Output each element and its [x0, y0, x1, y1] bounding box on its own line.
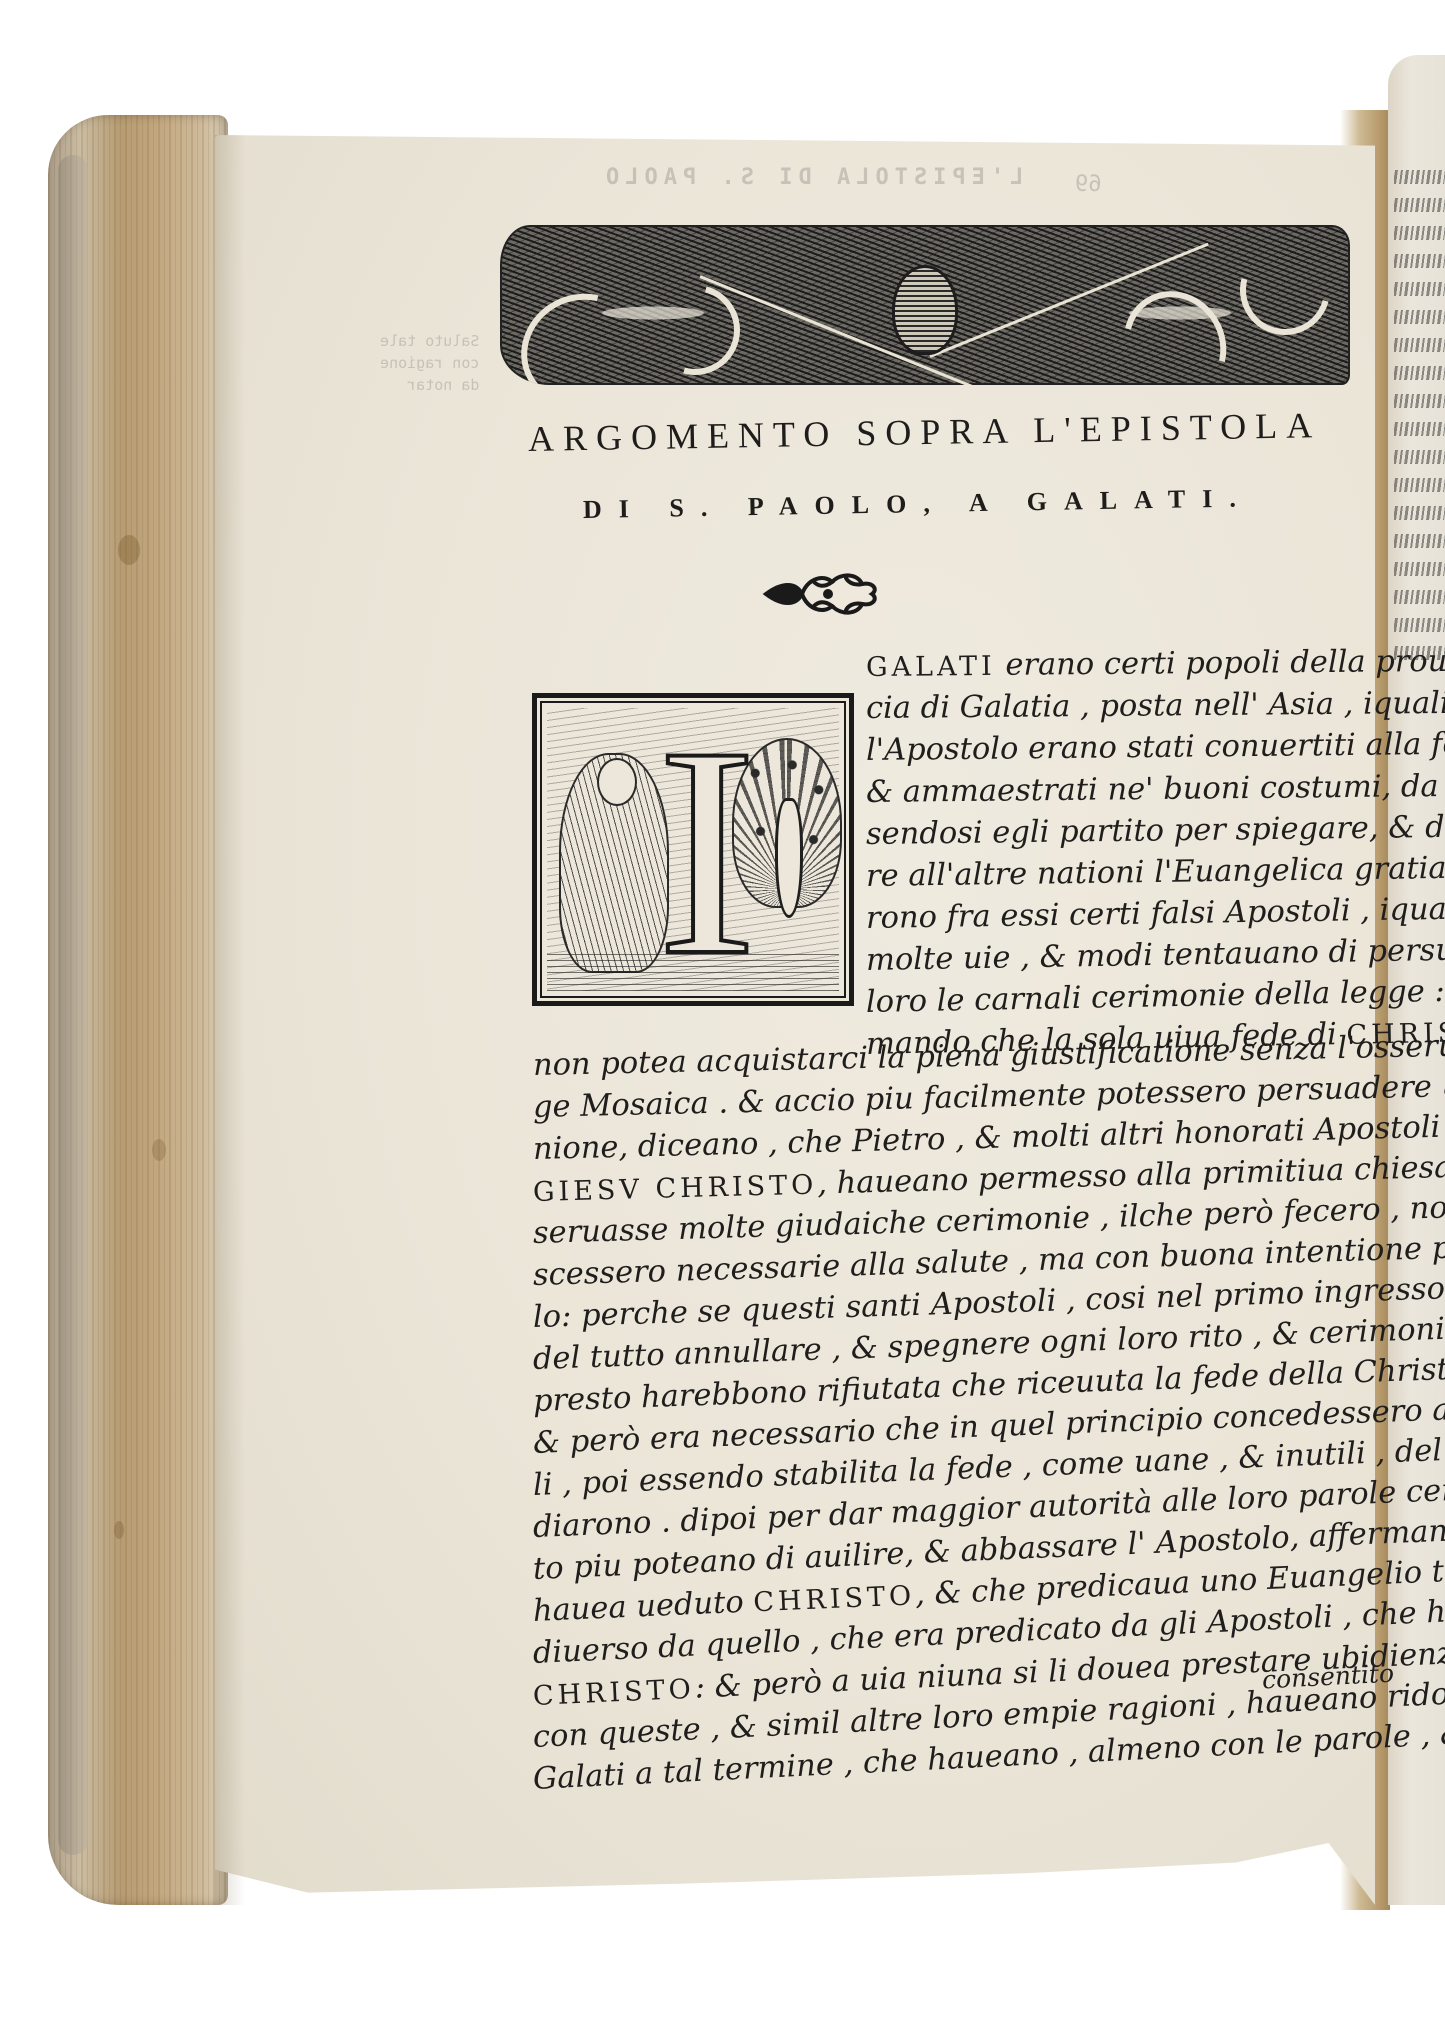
- body-text-indented: GALATI erano certi popoli della prouin- …: [866, 646, 1445, 1066]
- text-line: & ammaestrati ne' buoni costumi, da iqua…: [866, 765, 1445, 814]
- spear-icon: [699, 275, 1006, 385]
- text-line: cia di Galatia , posta nell' Asia , iqua…: [866, 682, 1445, 730]
- book-fore-edge: [48, 115, 228, 1905]
- fleuron-icon: [762, 568, 882, 620]
- scroll-ornament-icon: [634, 269, 757, 385]
- running-head-showthrough: L'EPISTOLA DI S. PAOLO: [600, 165, 1023, 190]
- scroll-ornament-icon: [1224, 229, 1347, 352]
- grotesque-mask-icon: [892, 265, 958, 355]
- margin-note-showthrough: Saluto tale con ragione da notar: [380, 330, 479, 396]
- woodcut-headpiece-icon: [500, 225, 1350, 385]
- facing-page-text: [1394, 170, 1445, 690]
- woman-head-icon: [597, 758, 637, 806]
- folio-number-showthrough: 69: [1075, 172, 1102, 197]
- scroll-ornament-icon: [1104, 272, 1246, 385]
- text-line: l'Apostolo erano stati conuertiti alla f…: [866, 723, 1445, 772]
- historiated-initial: I: [532, 693, 854, 1006]
- book-photo: L'EPISTOLA DI S. PAOLO 69 Saluto tale co…: [0, 0, 1445, 2023]
- scroll-ornament-icon: [501, 272, 660, 385]
- peacock-body-icon: [775, 798, 803, 918]
- page-shadow: [215, 135, 245, 1905]
- initial-letter: I: [657, 716, 727, 986]
- text-line: GALATI erano certi popoli della prouin-: [866, 640, 1445, 688]
